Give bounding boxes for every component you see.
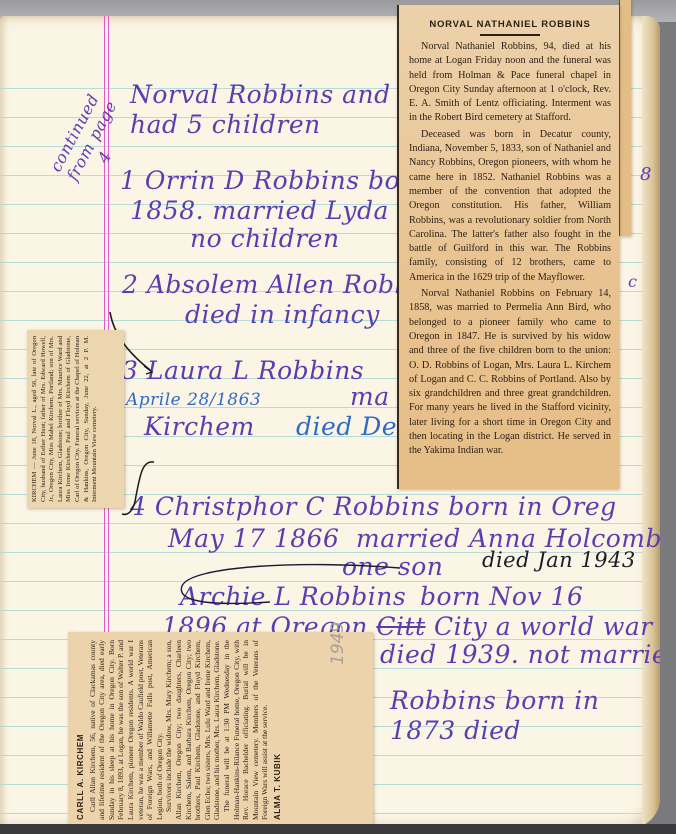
death-notice-clipping: KIRCHEM — June 18, Norval L., aged 56, l… <box>27 330 124 508</box>
child-5-line: Robbins born in <box>390 686 599 715</box>
clipping-underlay <box>619 0 631 236</box>
child-5-line: 1873 died <box>390 716 521 745</box>
clipping-signature: ALMA T. KUBIK <box>273 640 283 820</box>
obituary-clipping-norval: NORVAL NATHANIEL ROBBINS Norval Nathanie… <box>397 5 619 489</box>
child-3-date: Aprile 28/1863 <box>126 390 261 410</box>
child-3-line: ma <box>350 382 390 411</box>
clipping-paragraph: Carll Allan Kirchem, 56, native of Clack… <box>88 640 165 820</box>
child-1-line: 1858. married Lyda <box>130 196 389 225</box>
clipping-paragraph: The funeral will be at 1:30 PM Wednesday… <box>222 640 270 820</box>
clipping-paragraph: Norval Nathaniel Robbins on February 14,… <box>409 287 611 459</box>
child-4-line: 4 Christphor C Robbins born in Oreg <box>130 492 617 521</box>
intro-line: Norval Robbins and his <box>130 80 437 109</box>
clipping-paragraph: Deceased was born in Decatur county, Ind… <box>409 128 611 285</box>
page-edge <box>642 16 660 828</box>
edge-mark: c <box>628 272 637 291</box>
scanner-backdrop-bottom <box>0 824 676 834</box>
child-2-line: 2 Absolem Allen Robb <box>122 270 411 299</box>
archie-line: died 1939. not married <box>380 640 660 669</box>
circle-loop-icon <box>150 556 450 616</box>
intro-line: had 5 children <box>130 110 321 139</box>
struck-text: Citt <box>376 612 425 641</box>
clipping-title: NORVAL NATHANIEL ROBBINS <box>409 19 611 30</box>
clipping-paragraph: Survivors include the widow, Mrs. Mary K… <box>164 640 222 820</box>
divider <box>480 34 540 36</box>
edge-mark: 8 <box>640 164 652 185</box>
pencil-year-note: 1949 <box>328 622 348 665</box>
child-2-line: died in infancy <box>185 300 380 329</box>
child-3-line: Kirchem <box>144 412 255 441</box>
bracket-icon <box>120 456 160 526</box>
clipping-text: KIRCHEM — June 18, Norval L., aged 56, l… <box>27 330 124 508</box>
child-1-line: 1 Orrin D Robbins bor <box>120 166 413 195</box>
clipping-paragraph: Norval Nathaniel Robbins, 94, died at hi… <box>409 40 611 126</box>
child-1-line: no children <box>190 224 340 253</box>
child-4-line: May 17 1866 <box>168 524 339 553</box>
child-4-death: died Jan 1943 <box>482 548 636 572</box>
clipping-headline: CARLL A. KIRCHEM <box>76 640 86 820</box>
child-3-death: died Dec <box>296 412 412 441</box>
